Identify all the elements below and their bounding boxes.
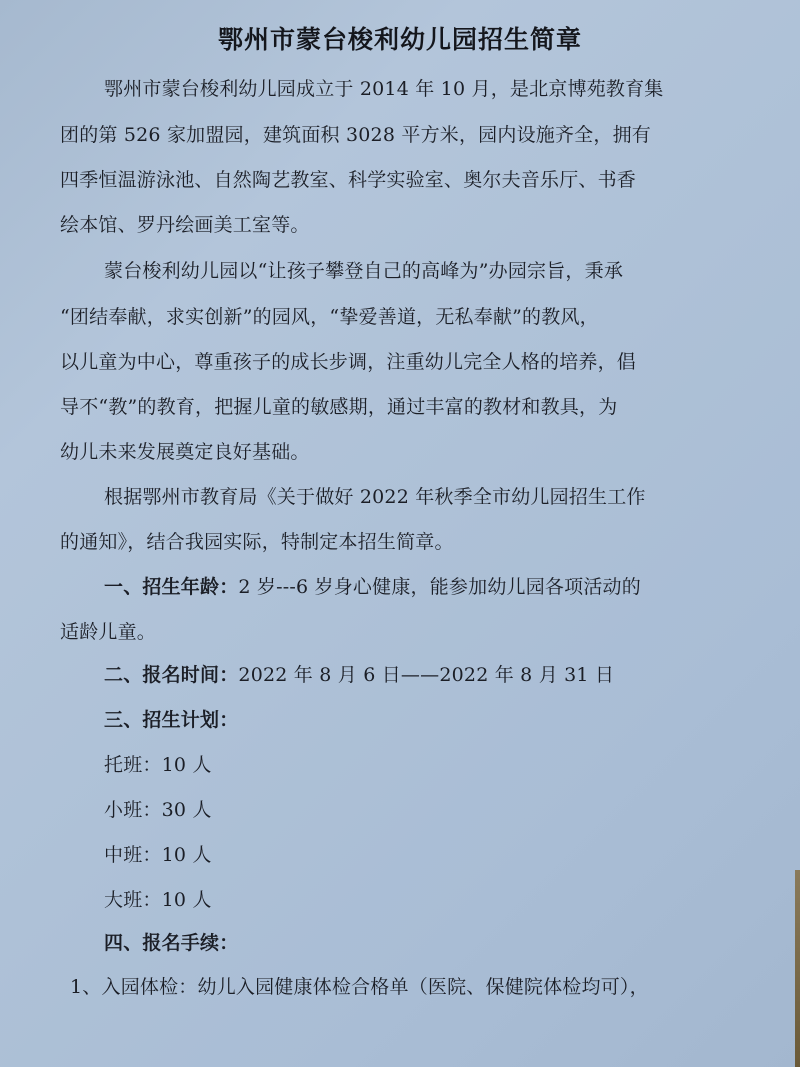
section-enrollment-plan-heading: 三、招生计划：	[104, 705, 238, 732]
intro-line: 团的第 526 家加盟园，建筑面积 3028 平方米，园内设施齐全，拥有	[60, 120, 651, 147]
class-name: 托班：	[104, 754, 162, 776]
class-name: 中班：	[104, 844, 162, 866]
class-name: 小班：	[104, 799, 162, 821]
section-text-cont: 适龄儿童。	[60, 617, 156, 644]
class-row: 大班：10 人	[104, 885, 212, 912]
document-page: 鄂州市蒙台梭利幼儿园招生简章 鄂州市蒙台梭利幼儿园成立于 2014 年 10 月…	[0, 0, 800, 1067]
section-enrollment-age: 一、招生年龄：2 岁---6 岁身心健康，能参加幼儿园各项活动的	[104, 572, 641, 599]
class-name: 大班：	[104, 889, 162, 911]
section-heading: 二、报名时间：	[104, 664, 238, 686]
class-count: 30 人	[162, 799, 212, 821]
intro-line: 鄂州市蒙台梭利幼儿园成立于 2014 年 10 月，是北京博苑教育集	[104, 74, 664, 101]
section-text: 2 岁---6 岁身心健康，能参加幼儿园各项活动的	[238, 576, 641, 598]
section-registration-time: 二、报名时间：2022 年 8 月 6 日——2022 年 8 月 31 日	[104, 660, 614, 687]
philosophy-line: “团结奉献，求实创新”的园风，“挚爱善道，无私奉献”的教风，	[60, 302, 599, 329]
class-count: 10 人	[162, 889, 212, 911]
philosophy-line: 导不“教”的教育，把握儿童的敏感期，通过丰富的教材和教具，为	[60, 392, 617, 419]
intro-line: 绘本馆、罗丹绘画美工室等。	[60, 210, 310, 237]
basis-line: 的通知》，结合我园实际，特制定本招生简章。	[60, 527, 454, 554]
basis-line: 根据鄂州市教育局《关于做好 2022 年秋季全市幼儿园招生工作	[104, 482, 646, 509]
philosophy-line: 蒙台梭利幼儿园以“让孩子攀登自己的高峰为”办园宗旨，秉承	[104, 256, 623, 283]
procedure-item: 1、入园体检：幼儿入园健康体检合格单（医院、保健院体检均可），	[70, 972, 649, 999]
class-row: 小班：30 人	[104, 795, 212, 822]
class-row: 中班：10 人	[104, 840, 212, 867]
intro-line: 四季恒温游泳池、自然陶艺教室、科学实验室、奥尔夫音乐厅、书香	[60, 165, 636, 192]
class-row: 托班：10 人	[104, 750, 212, 777]
philosophy-line: 以儿童为中心，尊重孩子的成长步调，注重幼儿完全人格的培养，倡	[60, 347, 636, 374]
section-heading: 一、招生年龄：	[104, 576, 238, 598]
section-text: 2022 年 8 月 6 日——2022 年 8 月 31 日	[238, 664, 614, 686]
page-edge-shadow	[795, 870, 800, 1067]
class-count: 10 人	[162, 844, 212, 866]
document-title: 鄂州市蒙台梭利幼儿园招生简章	[0, 20, 800, 56]
section-registration-procedure-heading: 四、报名手续：	[104, 928, 238, 955]
philosophy-line: 幼儿未来发展奠定良好基础。	[60, 437, 310, 464]
class-count: 10 人	[162, 754, 212, 776]
